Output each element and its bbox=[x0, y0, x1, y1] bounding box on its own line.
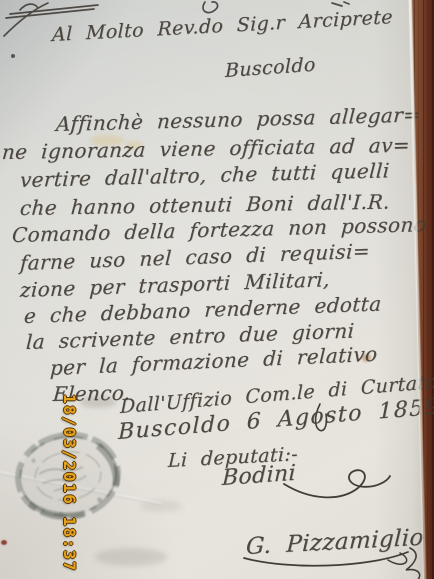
red-mark bbox=[1, 540, 7, 545]
camera-timestamp: 18/03/2016 18:37 bbox=[60, 394, 79, 572]
signature-swash bbox=[238, 538, 434, 579]
document-photo: Al Molto Rev.do Sig.r Arciprete Buscoldo… bbox=[0, 0, 434, 579]
ink-smudge bbox=[95, 548, 167, 566]
ink-dot bbox=[11, 54, 15, 58]
descender-loop-flourish bbox=[286, 402, 350, 444]
bodini-flourish bbox=[282, 462, 394, 508]
